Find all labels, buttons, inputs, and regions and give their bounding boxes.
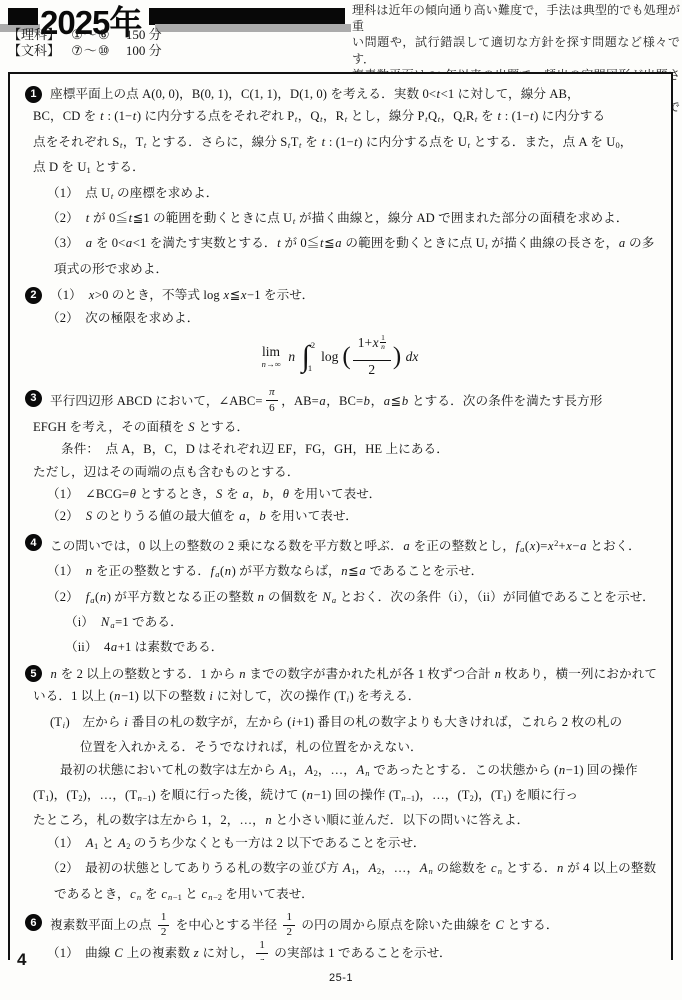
problem-subquestion: （2） t が 0≦t≦1 の範囲を動くときに点 Ut が描く曲線と，線分 AD… [23,207,660,232]
commentary-line: い問題や，試行錯誤して適切な方針を探す問題など様々です． [352,34,680,66]
commentary-line: 理科は近年の傾向通り高い難度で，手法は典型的でも処理が重 [352,2,680,34]
problem-subquestion: （1） ∠BCG=θ とするとき，S を a，b，θ を用いて表せ． [23,483,660,505]
problem-number-badge: 3 [25,390,42,407]
problem-subquestion: （2） fa(n) が平方数となる正の整数 n の個数を Na とおく．次の条件… [23,586,660,611]
problem-text: （1） x>0 のとき，不等式 log x≦x−1 を示せ． [50,288,314,302]
problem-subquestion: （2） S のとりうる値の最大値を a，b を用いて表せ． [23,505,660,527]
problem-line: (T1)，(T2)，…，(Tn−1) を順に行った後，続けて (n−1) 回の操… [23,784,660,809]
problem-number-badge: 6 [25,914,42,931]
exam-info-science: 【理科】 ①～⑥ 150 分 [8,27,162,43]
banner-bar-right [149,8,345,25]
operation-definition: 位置を入れかえる．そうでなければ，札の位置をかえない． [23,736,660,758]
exam-dept-label: 【文科】 [8,43,60,59]
problem-condition-i: （i） Na=1 である． [23,611,660,636]
problem-number-badge: 4 [25,534,42,551]
exam-time: 150 分 [126,27,162,43]
problem-subquestion: （2） 次の極限を求めよ． [23,307,660,329]
problem-line: EFGH を考え，その面積を S とする． [23,416,660,438]
problem-line: 5 n を 2 以上の整数とする．1 から n までの数字が書かれた札が各 1 … [23,663,660,685]
problem-line: 1 座標平面上の点 A(0, 0)，B(0, 1)，C(1, 1)，D(1, 0… [23,83,660,105]
problem-4: 4 この問いでは，0 以上の整数の 2 乗になる数を平方数と呼ぶ．a を正の整数… [23,532,660,659]
problem-line: 点 D を U1 とする． [23,156,660,181]
problem-line: 点をそれぞれ St，Tt とする．さらに，線分 StTt を t : (1−t)… [23,131,660,156]
problem-number-badge: 1 [25,86,42,103]
exam-problem-range: ①～⑥ [71,27,110,43]
problem-subquestion: （1） n を正の整数とする．fa(n) が平方数ならば，n≦a であることを示… [23,560,660,585]
problem-line: 3 平行四辺形 ABCD において，∠ABC=π6，AB=a，BC=b，a≦b … [23,387,660,415]
exam-problem-range: ⑦～⑩ [71,43,110,59]
problem-line: 4 この問いでは，0 以上の整数の 2 乗になる数を平方数と呼ぶ．a を正の整数… [23,532,660,560]
problem-number-badge: 2 [25,287,42,304]
problem-line: いる．1 以上 (n−1) 以下の整数 i に対して，次の操作 (Ti) を考え… [23,685,660,710]
problem-text: n を 2 以上の整数とする．1 から n までの数字が書かれた札が各 1 枚ず… [50,667,657,681]
problem-line: であるとき，cn を cn−1 と cn−2 を用いて表せ． [23,883,660,908]
problem-line: 6 複素数平面上の点 12 を中心とする半径 12 の円の周から原点を除いた曲線… [23,912,660,940]
problem-line: ただし，辺はその両端の点も含むものとする． [23,461,660,483]
limit-formula: limn→∞n∫21log(1+x1n2)dx [23,335,660,378]
problem-3: 3 平行四辺形 ABCD において，∠ABC=π6，AB=a，BC=b，a≦b … [23,387,660,527]
exam-time: 100 分 [126,43,162,59]
problem-condition: 条件： 点 A，B，C，D はそれぞれ辺 EF，FG，GH，HE 上にある． [23,438,660,460]
problem-line: たところ，札の数字は左から 1，2，…，n と小さい順に並んだ．以下の問いに答え… [23,809,660,831]
problem-subquestion: （1） A1 と A2 のうち少なくとも一方は 2 以下であることを示せ． [23,832,660,857]
problem-text: 座標平面上の点 A(0, 0)，B(0, 1)，C(1, 1)，D(1, 0) … [50,87,580,101]
exam-info: 【理科】 ①～⑥ 150 分 【文科】 ⑦～⑩ 100 分 [8,27,162,59]
problem-5: 5 n を 2 以上の整数とする．1 から n までの数字が書かれた札が各 1 … [23,663,660,908]
exam-info-liberal: 【文科】 ⑦～⑩ 100 分 [8,43,162,59]
problem-line: 2 （1） x>0 のとき，不等式 log x≦x−1 を示せ． [23,284,660,306]
operation-definition: (Ti) 左から i 番目の札の数字が，左から (i+1) 番目の札の数字よりも… [23,711,660,736]
problem-condition-ii: （ii） 4a+1 は素数である． [23,636,660,658]
problem-subquestion: （2） 最初の状態としてありうる札の数字の並び方 A1，A2，…，An の総数を… [23,857,660,882]
sheet-code: 25-1 [0,972,682,984]
problem-6: 6 複素数平面上の点 12 を中心とする半径 12 の円の周から原点を除いた曲線… [23,912,660,960]
problem-subquestion: （1） 曲線 C 上の複素数 z に対し，1z の実部は 1 であることを示せ． [23,940,660,960]
problem-subquestion: （1） 点 Ut の座標を求めよ． [23,182,660,207]
problem-line: BC，CD を t : (1−t) に内分する点をそれぞれ Pt，Qt，Rt と… [23,105,660,130]
exam-dept-label: 【理科】 [8,27,60,43]
problem-text: この問いでは，0 以上の整数の 2 乗になる数を平方数と呼ぶ．a を正の整数とし… [50,539,641,553]
problem-line: 項式の形で求めよ． [23,258,660,280]
problem-2: 2 （1） x>0 のとき，不等式 log x≦x−1 を示せ． （2） 次の極… [23,284,660,378]
page-number: 4 [17,950,26,970]
problem-number-badge: 5 [25,665,42,682]
banner-shadow-right [155,24,351,32]
problem-line: 最初の状態において札の数字は左から A1，A2，…，An であったとする．この状… [23,759,660,784]
problem-text: 平行四辺形 ABCD において，∠ABC=π6，AB=a，BC=b，a≦b とす… [50,394,602,408]
banner-bar-left [8,8,38,25]
problem-subquestion: （3） a を 0<a<1 を満たす実数とする．t が 0≦t≦a の範囲を動く… [23,232,660,257]
problem-sheet: 1 座標平面上の点 A(0, 0)，B(0, 1)，C(1, 1)，D(1, 0… [8,72,673,960]
problem-1: 1 座標平面上の点 A(0, 0)，B(0, 1)，C(1, 1)，D(1, 0… [23,83,660,280]
problem-text: 複素数平面上の点 12 を中心とする半径 12 の円の周から原点を除いた曲線を … [50,918,559,932]
